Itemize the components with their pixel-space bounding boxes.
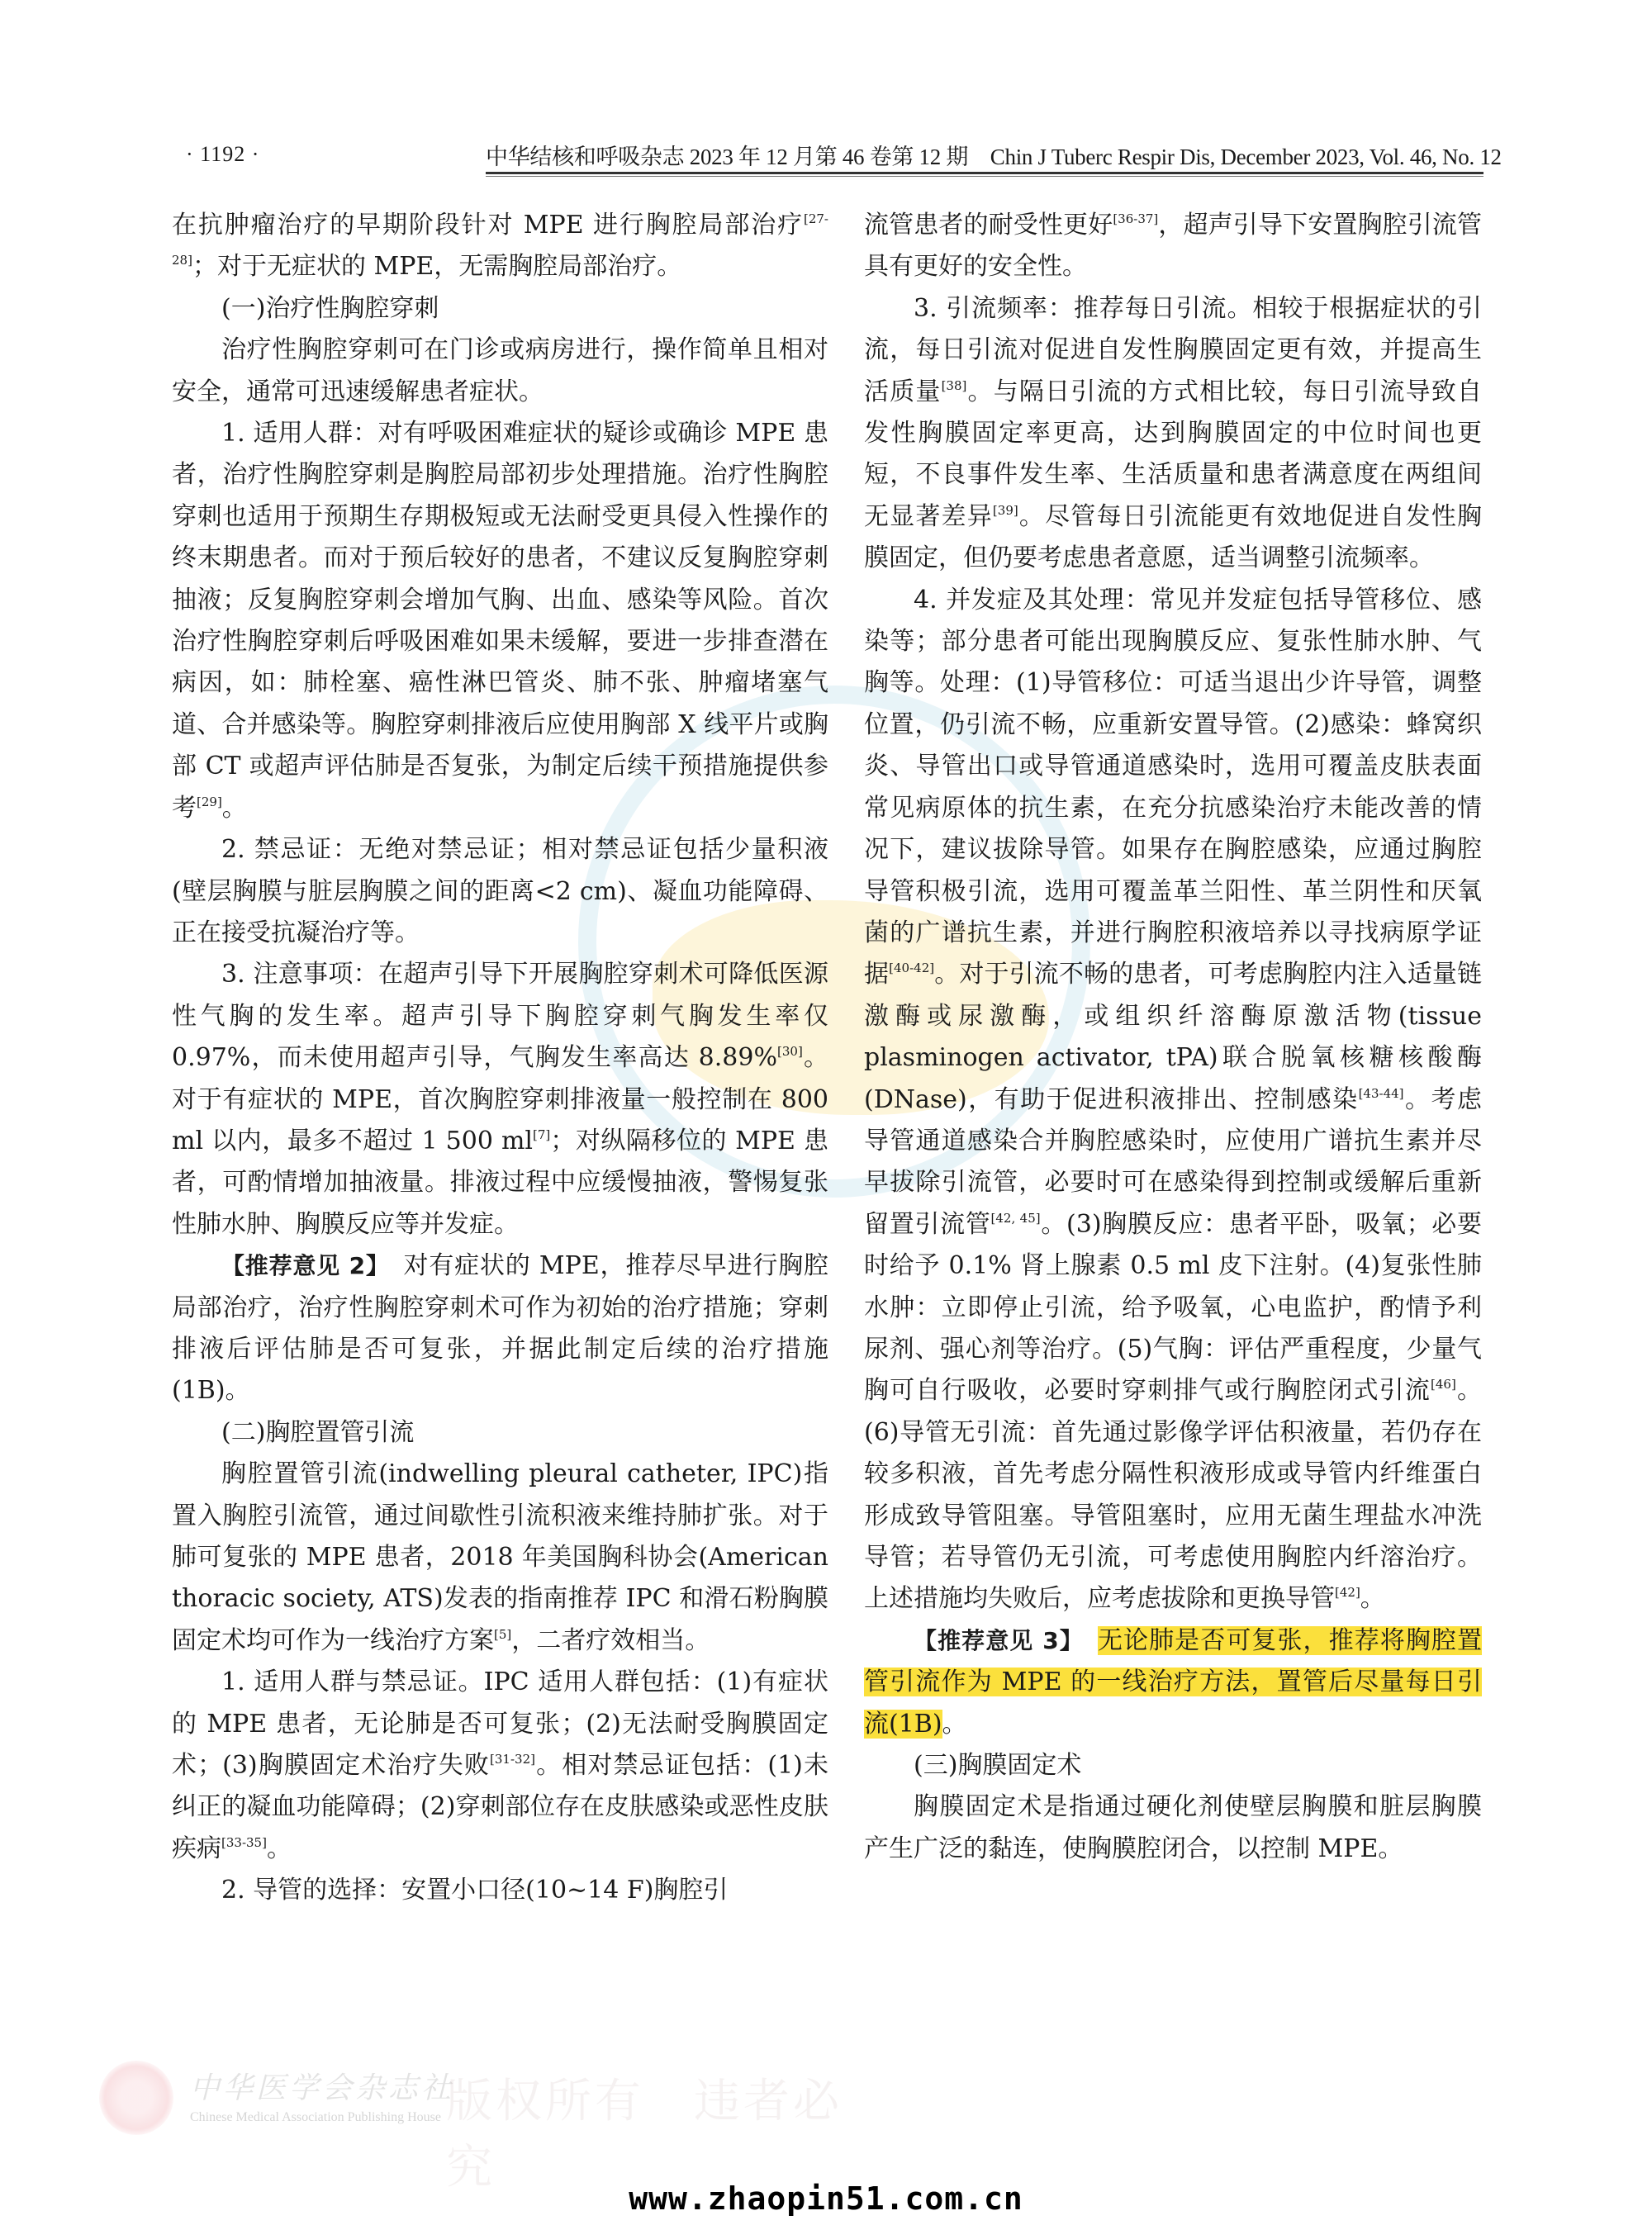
citation: [39] [993,503,1018,518]
citation: [43-44] [1359,1086,1404,1101]
citation: [33-35] [221,1835,267,1850]
paragraph: 2. 导管的选择：安置小口径(10~14 F)胸腔引 [172,1870,828,1911]
paragraph: 3. 引流频率：推荐每日引流。相较于根据症状的引流，每日引流对促进自发性胸膜固定… [864,288,1482,580]
journal-running-head: 中华结核和呼吸杂志 2023 年 12 月第 46 卷第 12 期 Chin J… [486,139,1502,171]
citation: [5] [494,1627,511,1642]
page-number: · 1192 · [186,142,259,167]
paragraph: 4. 并发症及其处理：常见并发症包括导管移位、感染等；部分患者可能出现胸膜反应、… [864,580,1482,1620]
paragraph: 胸腔置管引流(indwelling pleural catheter, IPC)… [172,1454,828,1662]
recommendation-label: 【推荐意见 2】 [221,1252,378,1279]
publisher-logo-icon [99,2061,173,2135]
paragraph: 治疗性胸腔穿刺可在门诊或病房进行，操作简单且相对安全，通常可迅速缓解患者症状。 [172,330,828,413]
citation: [42, 45] [991,1211,1041,1226]
citation: [29] [197,795,222,809]
section-heading-therapeutic-thoracentesis: (一)治疗性胸腔穿刺 [172,288,828,330]
page-header: · 1192 · 中华结核和呼吸杂志 2023 年 12 月第 46 卷第 12… [0,132,1652,182]
site-url-watermark: www.zhaopin51.com.cn [0,2180,1652,2217]
left-column: 在抗肿瘤治疗的早期阶段针对 MPE 进行胸腔局部治疗[27-28]；对于无症状的… [172,205,828,1912]
paragraph: 胸膜固定术是指通过硬化剂使壁层胸膜和脏层胸膜产生广泛的黏连，使胸膜腔闭合，以控制… [864,1786,1482,1870]
section-heading-pleurodesis: (三)胸膜固定术 [864,1745,1482,1786]
paragraph: 在抗肿瘤治疗的早期阶段针对 MPE 进行胸腔局部治疗[27-28]；对于无症状的… [172,205,828,288]
recommendation-label: 【推荐意见 3】 [914,1627,1072,1654]
right-column: 流管患者的耐受性更好[36-37]，超声引导下安置胸腔引流管具有更好的安全性。 … [864,205,1482,1870]
recommendation-3: 【推荐意见 3】 无论肺是否可复张，推荐将胸腔置管引流作为 MPE 的一线治疗方… [864,1620,1482,1745]
paragraph: 1. 适用人群与禁忌证。IPC 适用人群包括：(1)有症状的 MPE 患者，无论… [172,1662,828,1870]
citation: [30] [777,1044,803,1059]
paragraph: 2. 禁忌证：无绝对禁忌证；相对禁忌证包括少量积液(壁层胸膜与脏层胸膜之间的距离… [172,829,828,954]
header-rule-thin [486,176,1483,177]
citation: [7] [533,1127,550,1142]
header-rule [486,172,1483,174]
publisher-name-cn: 中华医学会杂志社 [190,2065,454,2107]
citation: [42] [1335,1585,1360,1600]
paragraph: 流管患者的耐受性更好[36-37]，超声引导下安置胸腔引流管具有更好的安全性。 [864,205,1482,288]
section-heading-pleural-catheter: (二)胸腔置管引流 [172,1412,828,1454]
recommendation-2: 【推荐意见 2】 对有症状的 MPE，推荐尽早进行胸腔局部治疗，治疗性胸腔穿刺术… [172,1245,828,1412]
citation: [36-37] [1113,211,1158,226]
citation: [46] [1431,1377,1456,1392]
paragraph: 3. 注意事项：在超声引导下开展胸腔穿刺术可降低医源性气胸的发生率。超声引导下胸… [172,954,828,1245]
citation: [31-32] [490,1752,535,1767]
copyright-watermark: 版权所有 违者必究 [446,2065,843,2197]
paragraph: 1. 适用人群：对有呼吸困难症状的疑诊或确诊 MPE 患者，治疗性胸腔穿刺是胸腔… [172,413,828,829]
publisher-name-en: Chinese Medical Association Publishing H… [190,2110,441,2125]
citation: [40-42] [889,961,934,975]
publisher-watermark: 中华医学会杂志社 Chinese Medical Association Pub… [99,2057,843,2147]
citation: [38] [942,378,967,393]
